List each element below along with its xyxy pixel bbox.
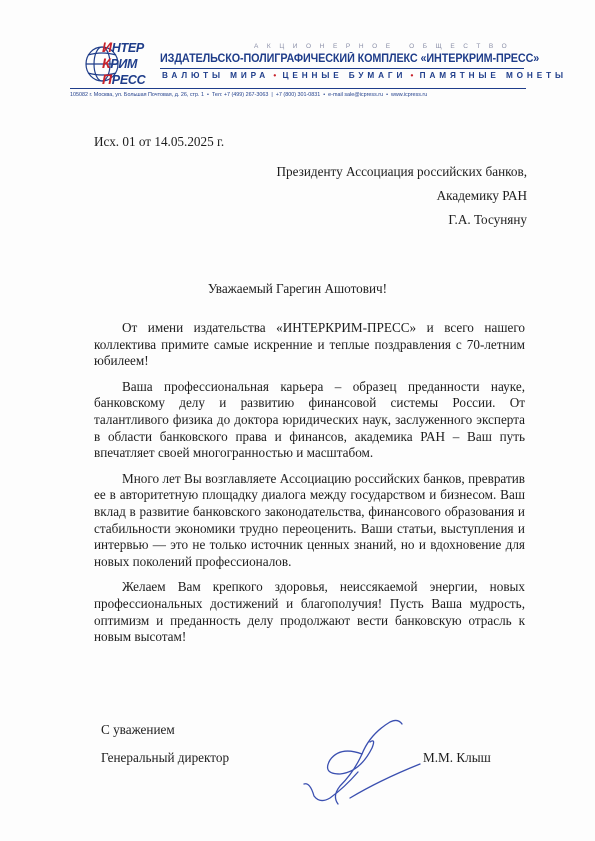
org-type: АКЦИОНЕРНОЕ ОБЩЕСТВО (254, 43, 515, 50)
addressee-block: Президенту Ассоциация российских банков,… (277, 160, 527, 232)
contact-line: 105082 г. Москва, ул. Большая Почтовая, … (70, 92, 427, 98)
bullet-icon: • (386, 92, 388, 98)
paragraph: От имени издательства «ИНТЕРКРИМ-ПРЕСС» … (94, 320, 525, 370)
logo-line-3: РЕСС (112, 73, 146, 87)
bullet-icon: • (323, 92, 325, 98)
signatory-name: М.М. Клыш (423, 750, 491, 766)
logo-line-2: РИМ (110, 57, 137, 71)
paragraph: Желаем Вам крепкого здоровья, неиссякаем… (94, 579, 525, 645)
signatory-position: Генеральный директор (101, 750, 229, 766)
separator: | (271, 92, 272, 98)
company-logo: ИНТЕР КРИМ ПРЕСС (84, 40, 148, 90)
phone: Тел: +7 (499) 267-3063 (212, 92, 268, 98)
logo-line-1: НТЕР (112, 41, 144, 55)
reference-number: Исх. 01 от 14.05.2025 г. (94, 134, 224, 151)
phone: +7 (800) 301-0831 (276, 92, 321, 98)
closing: С уважением (101, 722, 175, 738)
company-name: ИЗДАТЕЛЬСКО-ПОЛИГРАФИЧЕСКИЙ КОМПЛЕКС «ИН… (160, 52, 539, 65)
addressee-line: Академику РАН (277, 184, 527, 208)
salutation: Уважаемый Гарегин Ашотович! (0, 281, 595, 297)
divider (160, 68, 524, 69)
slogan: ВАЛЮТЫ МИРА • ЦЕННЫЕ БУМАГИ • ПАМЯТНЫЕ М… (162, 71, 567, 80)
logo-wordmark: ИНТЕР КРИМ ПРЕСС (102, 40, 145, 88)
letterhead: ИНТЕР КРИМ ПРЕСС АКЦИОНЕРНОЕ ОБЩЕСТВО ИЗ… (84, 40, 524, 110)
divider (70, 88, 526, 89)
addressee-line: Президенту Ассоциация российских банков, (277, 160, 527, 184)
addressee-line: Г.А. Тосуняну (277, 208, 527, 232)
bullet-icon: • (269, 71, 282, 80)
letter-body: От имени издательства «ИНТЕРКРИМ-ПРЕСС» … (94, 320, 525, 655)
address: 105082 г. Москва, ул. Большая Почтовая, … (70, 92, 204, 98)
slogan-item: ВАЛЮТЫ МИРА (162, 71, 269, 80)
bullet-icon: • (207, 92, 209, 98)
bullet-icon: • (406, 71, 419, 80)
slogan-item: ПАМЯТНЫЕ МОНЕТЫ (420, 71, 567, 80)
paragraph: Ваша профессиональная карьера – образец … (94, 379, 525, 462)
slogan-item: ЦЕННЫЕ БУМАГИ (282, 71, 406, 80)
paragraph: Много лет Вы возглавляете Ассоциацию рос… (94, 471, 525, 571)
website-link[interactable]: www.icpress.ru (391, 92, 427, 98)
email-link[interactable]: e-mail sale@icpress.ru (328, 92, 383, 98)
signature (300, 708, 430, 818)
